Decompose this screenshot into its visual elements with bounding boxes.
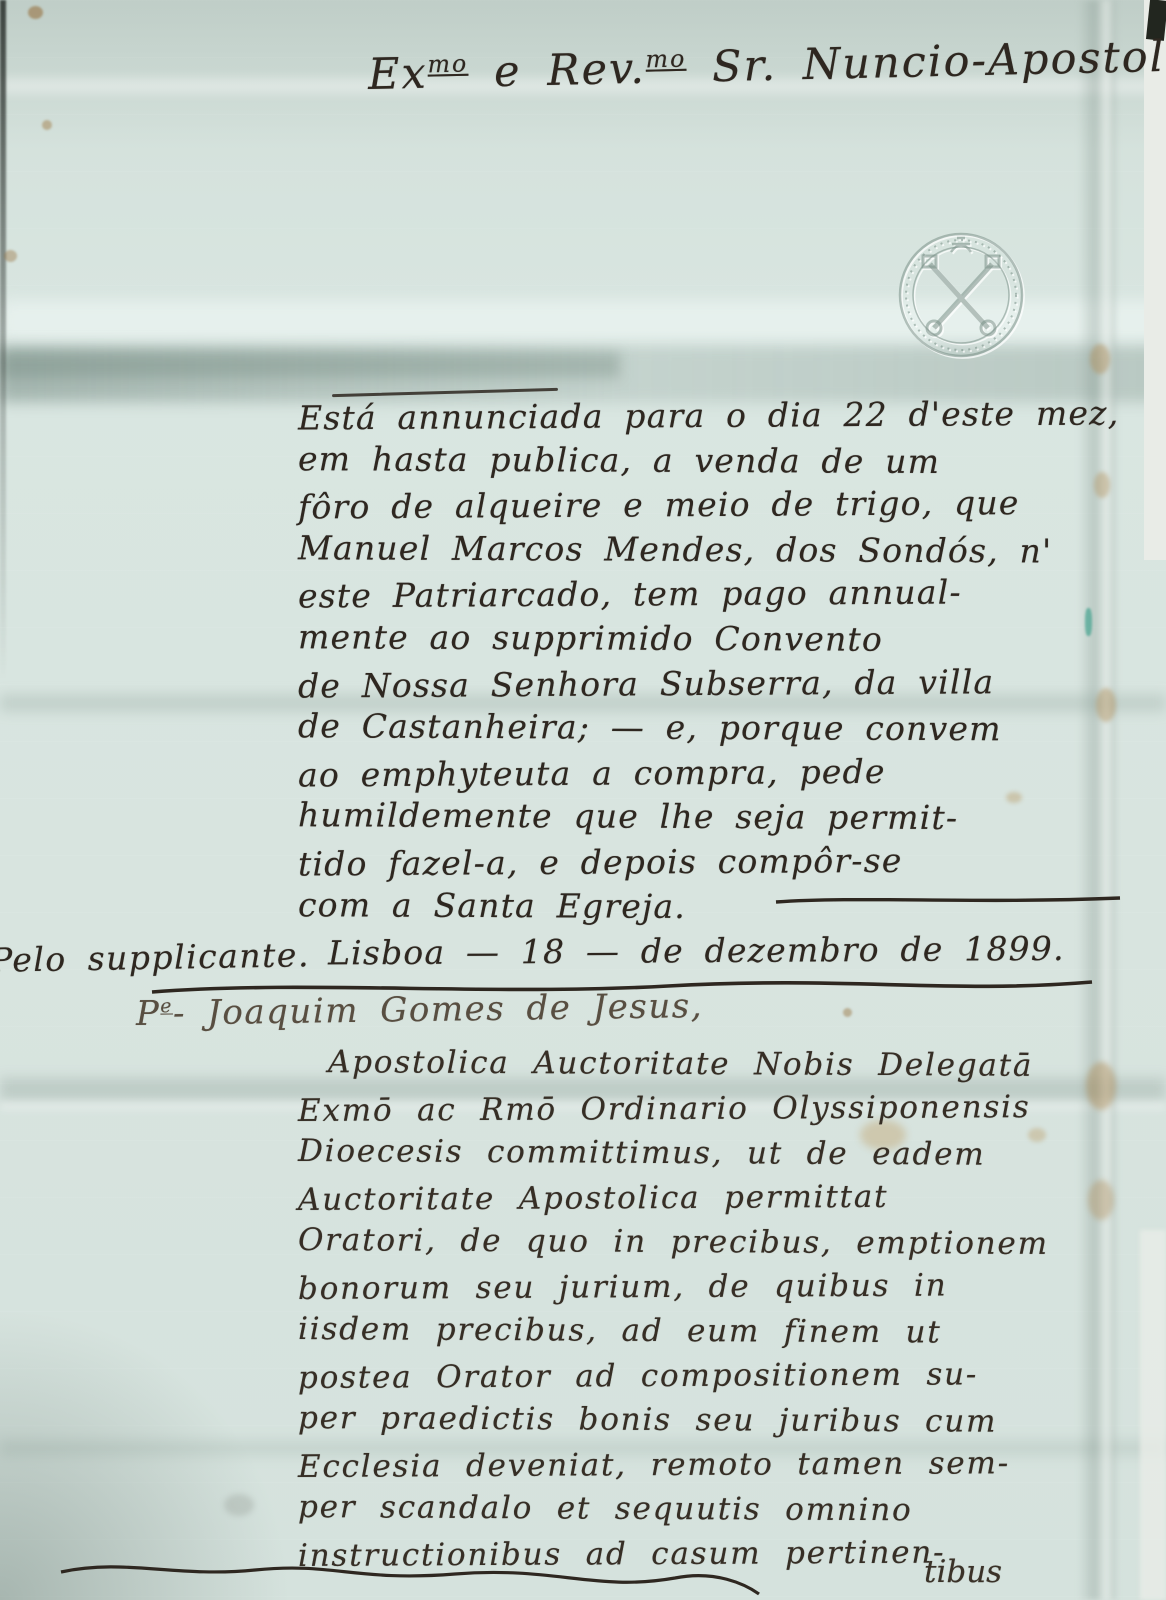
manuscript-line: iisdem precibus, ad eum finem ut [298, 1307, 1049, 1355]
manuscript-page: Exmo e Rev.mo Sr. Nuncio-Apostolico. Est… [0, 0, 1166, 1600]
manuscript-line: Ecclesia deveniat, remoto tamen sem- [298, 1441, 1049, 1489]
manuscript-line: bonorum seu jurium, de quibus in [298, 1263, 1049, 1311]
manuscript-line: humildemente que lhe seja permit- [298, 794, 1120, 842]
salutation-text: Ex [368, 49, 429, 100]
fold-highlight [0, 300, 1166, 342]
manuscript-line: este Patriarcado, tem pago annual- [298, 570, 1120, 620]
manuscript-line: Apostolica Auctoritate Nobis Delegatā [328, 1040, 1049, 1088]
manuscript-line: ao emphyteuta a compra, pede [298, 748, 1120, 798]
crossed-keys-icon [886, 220, 1036, 370]
flourish-rule [772, 886, 1124, 912]
manuscript-line: de Castanheira; — e, porque convem [298, 704, 1120, 752]
manuscript-line: Manuel Marcos Mendes, dos Sondós, n' [298, 526, 1120, 574]
manuscript-line: em hasta publica, a venda de um [298, 437, 1120, 485]
manuscript-line: Oratori, de quo in precibus, emptionem [298, 1218, 1049, 1266]
signature-text: - Joaquim Gomes de Jesus, [173, 986, 704, 1033]
manuscript-line: fôro de alqueire e meio de trigo, que [298, 481, 1120, 531]
salutation-text: Sr. Nuncio-Apostolico. [686, 30, 1166, 93]
scanner-background [1144, 0, 1166, 560]
manuscript-line: de Nossa Senhora Subserra, da villa [298, 659, 1120, 709]
foxing-spot [1090, 344, 1110, 374]
foxing-spot [1088, 1180, 1114, 1220]
foxing-spot [42, 120, 52, 130]
scan-edge-left [0, 0, 6, 680]
manuscript-line: Está annunciada para o dia 22 d'este mez… [298, 391, 1120, 441]
manuscript-line: Auctoritate Apostolica permittat [298, 1174, 1049, 1222]
foxing-spot [4, 250, 17, 262]
embossed-seal [886, 220, 1036, 370]
catchword: tibus [924, 1554, 1002, 1590]
manuscript-line: tido fazel-a, e depois compôr-se [298, 837, 1120, 887]
manuscript-line: Lisboa — 18 — de dezembro de 1899. [328, 927, 1120, 976]
salutation-line: Exmo e Rev.mo Sr. Nuncio-Apostolico. [368, 30, 1166, 100]
foxing-spot [843, 1008, 852, 1017]
manuscript-line: Exmō ac Rmō Ordinario Olyssiponensis [298, 1085, 1049, 1133]
superscript-abbreviation: mo [645, 44, 686, 73]
scanner-background [1140, 1230, 1166, 1600]
manuscript-line: mente ao supprimido Convento [298, 615, 1120, 663]
manuscript-line: per scandalo et sequutis omnino [298, 1485, 1049, 1533]
superscript-abbreviation: e [160, 996, 173, 1017]
ink-smudge [224, 1494, 254, 1516]
foxing-spot [1086, 1062, 1116, 1110]
fold-shadow-band [0, 352, 620, 378]
manuscript-line: postea Orator ad compositionem su- [298, 1352, 1049, 1400]
manuscript-line: per praedictis bonis seu juribus cum [298, 1396, 1049, 1444]
salutation-text: e Rev. [468, 44, 647, 98]
signature-line: Pe- Joaquim Gomes de Jesus, [136, 986, 704, 1034]
signature-text: P [136, 994, 161, 1034]
manuscript-line: Dioecesis committimus, ut de eadem [298, 1129, 1049, 1177]
flourish-squiggle [55, 1548, 765, 1600]
latin-rescript-body: Apostolica Auctoritate Nobis Delegatā Ex… [298, 1042, 1049, 1576]
foxing-spot [28, 6, 43, 19]
superscript-abbreviation: mo [427, 49, 468, 78]
